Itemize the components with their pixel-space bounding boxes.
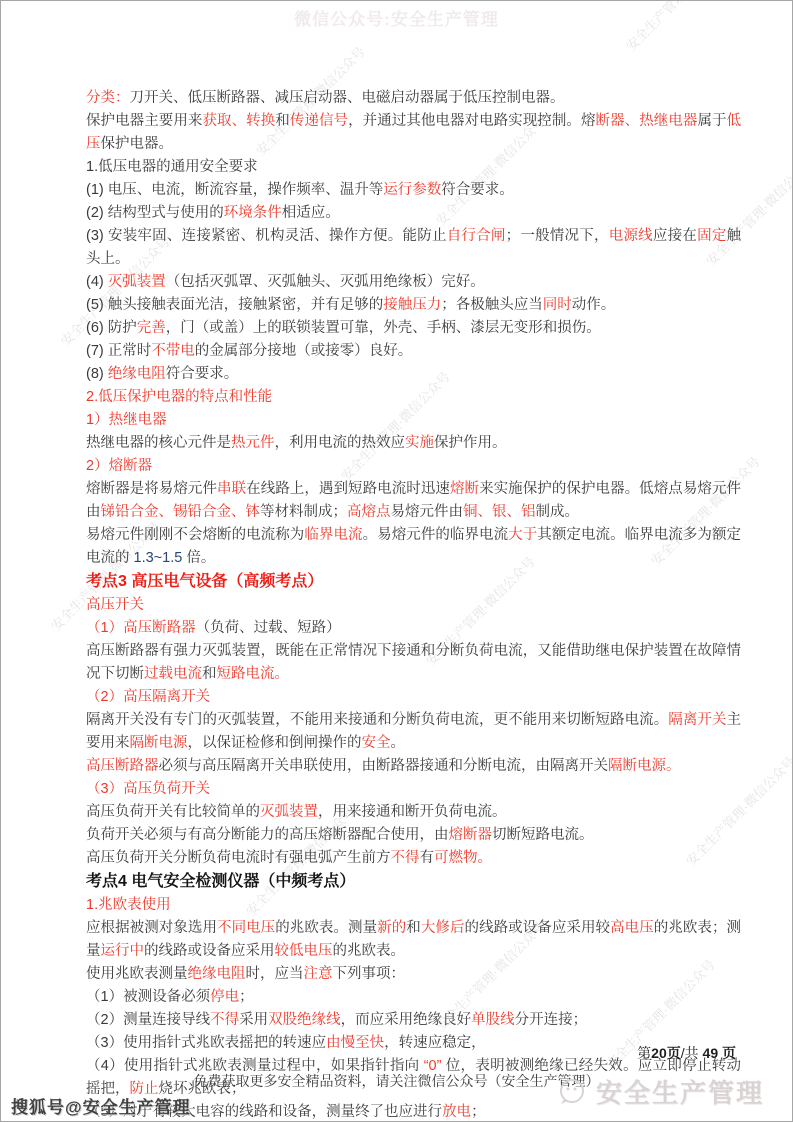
text-segment: 由慢至快: [326, 1035, 384, 1051]
text-segment: ，并通过其他电器对电路实现控制。熔: [348, 113, 595, 129]
paragraph: (7) 正常时不带电的金属部分接地（或接零）良好。: [86, 340, 741, 363]
paragraph: 使用兆欧表测量绝缘电阻时，应当注意下列事项：: [86, 963, 741, 986]
text-segment: 传递信号: [290, 113, 348, 129]
page-number-prefix: 第: [637, 1045, 651, 1061]
paragraph: (5) 触头接触表面光洁，接触紧密，并有足够的接触压力；各极触头应当同时动作。: [86, 294, 741, 317]
paragraph: 高压断路器必须与高压隔离开关串联使用，由断路器接通和分断电流，由隔离开关隔断电源…: [86, 755, 741, 778]
brand-logo-label: 安全生产管理: [596, 1073, 764, 1110]
paragraph: (4) 灭弧装置（包括灭弧罩、灭弧触头、灭弧用绝缘板）完好。: [86, 271, 741, 294]
text-segment: (3) 安装牢固、连接紧密、机构灵活、操作方便。能防止: [86, 228, 447, 244]
text-segment: 采用: [239, 1012, 268, 1028]
text-segment: 锑铅合金、锡铅合金、钵: [101, 504, 261, 520]
text-segment: 易熔元件由: [391, 504, 464, 520]
text-segment: 使用兆欧表测量: [86, 966, 188, 982]
text-segment: 运行中: [101, 943, 145, 959]
paragraph: (8) 绝缘电阻符合要求。: [86, 363, 741, 386]
text-segment: 1.低压电器的通用安全要求: [86, 159, 258, 175]
text-segment: 大于: [508, 527, 537, 543]
text-segment: 断器、热继电器: [596, 113, 698, 129]
paragraph: 2）熔断器: [86, 455, 741, 478]
text-segment: 的兆欧表。: [333, 943, 406, 959]
text-segment: ；: [471, 1104, 486, 1120]
text-segment: (8): [86, 366, 108, 382]
paragraph: 热继电器的核心元件是热元件，利用电流的热效应实施保护作用。: [86, 432, 741, 455]
text-segment: ，利用电流的热效应: [275, 435, 406, 451]
text-segment: 临界电流: [304, 527, 362, 543]
text-segment: 倍。: [182, 550, 215, 566]
paragraph: 分类：刀开关、低压断路器、减压启动器、电磁启动器属于低压控制电器。: [86, 87, 741, 110]
text-segment: （1）高压断路器: [86, 620, 196, 636]
text-segment: (4): [86, 274, 108, 290]
paragraph: （3）高压负荷开关: [86, 778, 741, 801]
text-segment: 灭弧装置: [260, 804, 318, 820]
text-segment: 安全: [362, 735, 391, 751]
page-number-separator: /共: [681, 1045, 703, 1061]
text-segment: 1.3~1.5: [134, 550, 183, 566]
text-segment: 在线路上，遇到短路电流时迅速: [246, 481, 450, 497]
text-segment: 串联: [217, 481, 246, 497]
text-segment: 不带电: [151, 343, 195, 359]
text-segment: 应根据被测对象选用: [86, 920, 217, 936]
text-segment: 高压断路器: [86, 758, 159, 774]
text-segment: ，以保证检修和倒闸操作的: [188, 735, 362, 751]
paragraph: 1.低压电器的通用安全要求: [86, 156, 741, 179]
text-segment: （3）高压负荷开关: [86, 781, 210, 797]
text-segment: 隔断电源。: [608, 758, 681, 774]
paragraph: （2）高压隔离开关: [86, 686, 741, 709]
text-segment: ，而应采用绝缘良好: [341, 1012, 472, 1028]
paragraph: 2.低压保护电器的特点和性能: [86, 386, 741, 409]
text-segment: 铜、银、铝: [463, 504, 536, 520]
text-segment: 等材料制成；: [260, 504, 347, 520]
text-segment: 易熔元件刚刚不会熔断的电流称为: [86, 527, 304, 543]
text-segment: 的兆欧表。测量: [275, 920, 377, 936]
text-segment: (2) 结构型式与使用的: [86, 205, 224, 221]
text-segment: 的线路或设备应采用: [144, 943, 275, 959]
text-segment: 的金属部分接地（或接零）良好。: [195, 343, 413, 359]
paragraph: 高压负荷开关分断负荷电流时有强电弧产生前方不得有可燃物。: [86, 847, 741, 870]
text-segment: ；: [239, 989, 254, 1005]
text-segment: 隔离开关没有专门的灭弧装置，不能用来接通和分断负荷电流，更不能用来切断短路电流。: [86, 712, 668, 728]
text-segment: 熔断: [450, 481, 479, 497]
text-segment: 下列事项：: [333, 966, 406, 982]
text-segment: 熔断器: [449, 827, 493, 843]
text-segment: （2）高压隔离开关: [86, 689, 210, 705]
text-segment: 热继电器的核心元件是: [86, 435, 231, 451]
page-number: 第20页/共 49 页: [637, 1043, 736, 1063]
page-number-current: 20页: [651, 1045, 681, 1061]
text-segment: 制成。: [536, 504, 580, 520]
paragraph: （1）高压断路器（负荷、过载、短路）: [86, 617, 741, 640]
section-heading: 考点3 高压电气设备（高频考点）: [86, 570, 741, 594]
paragraph: 高压负荷开关有比较简单的灭弧装置，用来接通和断开负荷电流。: [86, 801, 741, 824]
text-segment: ，门（或盖）上的联锁装置可靠，外壳、手柄、漆层无变形和损伤。: [166, 320, 601, 336]
paragraph: 应根据被测对象选用不同电压的兆欧表。测量新的和大修后的线路或设备应采用较高电压的…: [86, 917, 741, 963]
text-segment: 时，应当: [246, 966, 304, 982]
text-segment: 固定: [697, 228, 726, 244]
text-segment: 负荷开关必须与有高分断能力的高压熔断器配合使用，由: [86, 827, 449, 843]
text-segment: 。: [391, 735, 406, 751]
text-segment: 停电: [210, 989, 239, 1005]
text-segment: 短路电流。: [217, 666, 290, 682]
text-segment: 过载电流: [144, 666, 202, 682]
paragraph: 易熔元件刚刚不会熔断的电流称为临界电流。易熔元件的临界电流大于其额定电流。临界电…: [86, 524, 741, 570]
text-segment: 不得: [391, 850, 420, 866]
text-segment: 完善: [137, 320, 166, 336]
text-segment: 符合要求。: [441, 182, 514, 198]
text-segment: 自行合闸: [447, 228, 506, 244]
section-heading: 考点4 电气安全检测仪器（中频考点）: [86, 870, 741, 894]
text-segment: 2.低压保护电器的特点和性能: [86, 389, 272, 405]
text-segment: 运行参数: [383, 182, 441, 198]
text-segment: ，转速应稳定，: [384, 1035, 486, 1051]
text-segment: 熔断器是将易熔元件: [86, 481, 217, 497]
text-segment: 隔离开关: [668, 712, 726, 728]
paragraph: (6) 防护完善，门（或盖）上的联锁装置可靠，外壳、手柄、漆层无变形和损伤。: [86, 317, 741, 340]
text-segment: 和: [202, 666, 217, 682]
text-segment: 高电压: [610, 920, 654, 936]
paragraph: 1.兆欧表使用: [86, 894, 741, 917]
top-watermark: 微信公众号:安全生产管理: [1, 5, 792, 30]
text-segment: 1.兆欧表使用: [86, 897, 171, 913]
text-segment: ；一般情况下，: [506, 228, 609, 244]
text-segment: ，用来接通和断开负荷电流。: [318, 804, 507, 820]
text-segment: (7) 正常时: [86, 343, 151, 359]
text-segment: 。易熔元件的临界电流: [363, 527, 509, 543]
paragraph: 熔断器是将易熔元件串联在线路上，遇到短路电流时迅速熔断来实施保护的保护电器。低熔…: [86, 478, 741, 524]
text-segment: 刀开关、低压断路器、减压启动器、电磁启动器属于低压控制电器。: [130, 90, 565, 106]
text-segment: (6) 防护: [86, 320, 137, 336]
text-segment: 分开连接；: [515, 1012, 588, 1028]
text-segment: 环境条件: [224, 205, 282, 221]
text-segment: 双股绝缘线: [268, 1012, 341, 1028]
text-segment: 2）熔断器: [86, 458, 152, 474]
brand-logo: 安全生产管理: [558, 1073, 764, 1110]
text-segment: 的线路或设备应采用较: [465, 920, 611, 936]
text-segment: 灭弧装置: [108, 274, 166, 290]
text-segment: 不得: [210, 1012, 239, 1028]
text-segment: ；各极触头应当: [441, 297, 543, 313]
text-segment: （2）测量连接导线: [86, 1012, 210, 1028]
text-segment: 属于: [697, 113, 726, 129]
text-segment: 可燃物。: [434, 850, 492, 866]
text-segment: 隔断电源: [130, 735, 188, 751]
text-segment: （3）使用指针式兆欧表摇把的转速应: [86, 1035, 326, 1051]
paragraph: （1）被测设备必须停电；: [86, 986, 741, 1009]
text-segment: 分类：: [86, 90, 130, 106]
paragraph: (1) 电压、电流，断流容量，操作频率、温升等运行参数符合要求。: [86, 179, 741, 202]
paragraph: 负荷开关必须与有高分断能力的高压熔断器配合使用，由熔断器切断短路电流。: [86, 824, 741, 847]
text-segment: 不同电压: [217, 920, 275, 936]
text-segment: 保护电器。: [101, 136, 174, 152]
text-segment: 新的: [377, 920, 406, 936]
text-segment: 较低电压: [275, 943, 333, 959]
text-segment: （1）被测设备必须: [86, 989, 210, 1005]
text-segment: 相适应。: [282, 205, 340, 221]
text-segment: 实施: [405, 435, 434, 451]
text-segment: 应接在: [653, 228, 697, 244]
paragraph: (3) 安装牢固、连接紧密、机构灵活、操作方便。能防止自行合闸；一般情况下，电源…: [86, 225, 741, 271]
sohu-watermark: 搜狐号@安全生产管理: [11, 1093, 191, 1118]
page-number-total: 49 页: [703, 1045, 736, 1061]
text-segment: 和: [406, 920, 421, 936]
text-segment: 绝缘电阻: [188, 966, 246, 982]
text-segment: 注意: [304, 966, 333, 982]
text-segment: 获取、转换: [202, 113, 275, 129]
text-segment: 保护电器主要用来: [86, 113, 202, 129]
text-segment: 高压负荷开关有比较简单的: [86, 804, 260, 820]
wechat-logo-icon: [558, 1077, 588, 1107]
paragraph: 高压断路器有强力灭弧装置，既能在正常情况下接通和分断负荷电流，又能借助继电保护装…: [86, 640, 741, 686]
text-segment: 高熔点: [347, 504, 391, 520]
text-segment: 放电: [442, 1104, 471, 1120]
text-segment: 热元件: [231, 435, 275, 451]
paragraph: (2) 结构型式与使用的环境条件相适应。: [86, 202, 741, 225]
text-segment: 有: [420, 850, 435, 866]
paragraph: 1）热继电器: [86, 409, 741, 432]
paragraph: 隔离开关没有专门的灭弧装置，不能用来接通和分断负荷电流，更不能用来切断短路电流。…: [86, 709, 741, 755]
document-body: 分类：刀开关、低压断路器、减压启动器、电磁启动器属于低压控制电器。保护电器主要用…: [86, 87, 741, 1122]
paragraph: （2）测量连接导线不得采用双股绝缘线，而应采用绝缘良好单股线分开连接；: [86, 1009, 741, 1032]
text-segment: 动作。: [572, 297, 616, 313]
text-segment: （包括灭弧罩、灭弧触头、灭弧用绝缘板）完好。: [166, 274, 485, 290]
text-segment: 切断短路电流。: [492, 827, 594, 843]
text-segment: 大修后: [421, 920, 465, 936]
text-segment: 单股线: [471, 1012, 515, 1028]
text-segment: 考点4 电气安全检测仪器（中频考点）: [86, 873, 355, 890]
text-segment: 符合要求。: [166, 366, 239, 382]
text-segment: 保护作用。: [434, 435, 507, 451]
text-segment: 绝缘电阻: [108, 366, 166, 382]
text-segment: 考点3 高压电气设备（高频考点）: [86, 573, 323, 590]
paragraph: 保护电器主要用来获取、转换和传递信号，并通过其他电器对电路实现控制。熔断器、热继…: [86, 110, 741, 156]
text-segment: 1）热继电器: [86, 412, 167, 428]
text-segment: 同时: [543, 297, 572, 313]
text-segment: 高压开关: [86, 597, 144, 613]
paragraph: 高压开关: [86, 594, 741, 617]
document-page: 微信公众号:安全生产管理 安全生产管理·微信公众号安全生产管理·微信公众号安全生…: [0, 0, 793, 1122]
text-segment: 和: [275, 113, 290, 129]
text-segment: (1) 电压、电流，断流容量，操作频率、温升等: [86, 182, 383, 198]
text-segment: 必须与高压隔离开关串联使用，由断路器接通和分断电流，由隔离开关: [159, 758, 609, 774]
text-segment: (5) 触头接触表面光洁，接触紧密，并有足够的: [86, 297, 383, 313]
text-segment: 高压负荷开关分断负荷电流时有强电弧产生前方: [86, 850, 391, 866]
text-segment: （负荷、过载、短路）: [196, 620, 341, 636]
text-segment: 接触压力: [383, 297, 441, 313]
text-segment: 电源线: [609, 228, 653, 244]
